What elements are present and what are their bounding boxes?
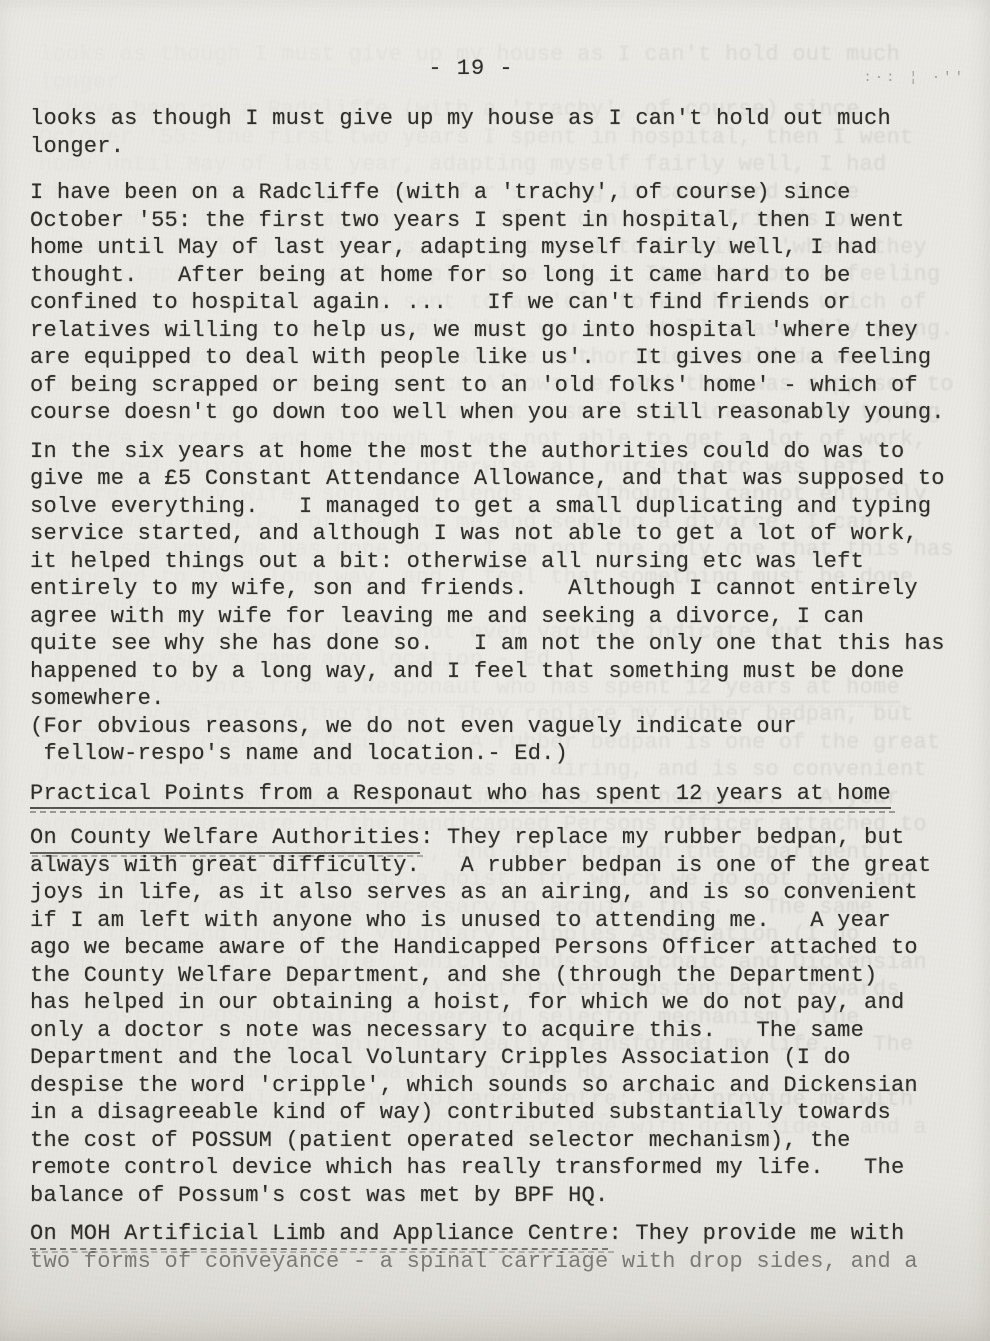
text-line: (For obvious reasons, we do not even vag… (30, 713, 964, 741)
text-line: only a doctor s note was necessary to ac… (30, 1017, 964, 1045)
text-segment: somewhere. (30, 686, 165, 711)
text-line: the County Welfare Department, and she (… (30, 962, 964, 990)
text-segment: : They provide me with (608, 1221, 904, 1246)
page-content: - 19 - looks as though I must give up my… (30, 55, 964, 1275)
text-line: fellow-respo's name and location.- Ed.) (30, 740, 964, 768)
text-line: In the six years at home the most the au… (30, 438, 964, 466)
text-line: remote control device which has really t… (30, 1154, 964, 1182)
text-line: balance of Possum's cost was met by BPF … (30, 1182, 964, 1210)
text-segment: thought. After being at home for so long… (30, 263, 851, 288)
text-segment: (For obvious reasons, we do not even vag… (30, 714, 797, 739)
text-segment: relatives willing to help us, we must go… (30, 318, 918, 343)
text-segment: balance of Possum's cost was met by BPF … (30, 1183, 608, 1208)
text-segment: October '55: the first two years I spent… (30, 208, 904, 233)
text-segment: the cost of POSSUM (patient operated sel… (30, 1128, 851, 1153)
text-line: despise the word 'cripple', which sounds… (30, 1072, 964, 1100)
text-segment: : They replace my rubber bedpan, but (420, 825, 904, 850)
text-segment: entirely to my wife, son and friends. Al… (30, 576, 918, 601)
text-segment: only a doctor s note was necessary to ac… (30, 1018, 864, 1043)
text-segment: despise the word 'cripple', which sounds… (30, 1073, 918, 1098)
text-line: ago we became aware of the Handicapped P… (30, 934, 964, 962)
text-line: two forms of conveyance - a spinal carri… (30, 1248, 964, 1276)
text-segment: of being scrapped or being sent to an 'o… (30, 373, 918, 398)
text-segment: solve everything. I managed to get a sma… (30, 494, 931, 519)
text-line: has helped in our obtaining a hoist, for… (30, 989, 964, 1017)
para-allowance: In the six years at home the most the au… (30, 438, 964, 768)
text-line: service started, and although I was not … (30, 520, 964, 548)
text-segment: joys in life, as it also serves as an ai… (30, 880, 918, 905)
text-segment: agree with my wife for leaving me and se… (30, 604, 864, 629)
text-line: it helped things out a bit: otherwise al… (30, 548, 964, 576)
text-segment: give me a £5 Constant Attendance Allowan… (30, 466, 945, 491)
text-line: looks as though I must give up my house … (30, 105, 964, 133)
para-house: looks as though I must give up my house … (30, 105, 964, 160)
text-line: Department and the local Voluntary Cripp… (30, 1044, 964, 1072)
text-line: solve everything. I managed to get a sma… (30, 493, 964, 521)
text-line: relatives willing to help us, we must go… (30, 317, 964, 345)
text-segment: I have been on a Radcliffe (with a 'trac… (30, 180, 851, 205)
text-segment: two forms of conveyance - a spinal carri… (30, 1249, 918, 1274)
text-segment: in a disagreeable kind of way) contribut… (30, 1100, 891, 1125)
text-line: give me a £5 Constant Attendance Allowan… (30, 465, 964, 493)
text-segment: remote control device which has really t… (30, 1155, 904, 1180)
text-line: Practical Points from a Responaut who ha… (30, 780, 964, 808)
text-line: joys in life, as it also serves as an ai… (30, 879, 964, 907)
text-line: if I am left with anyone who is unused t… (30, 907, 964, 935)
underlined-text: On County Welfare Authorities (30, 824, 420, 854)
text-segment: course doesn't go down too well when you… (30, 400, 945, 425)
para-radcliffe: I have been on a Radcliffe (with a 'trac… (30, 179, 964, 427)
text-line: are equipped to deal with people like us… (30, 344, 964, 372)
text-line: the cost of POSSUM (patient operated sel… (30, 1127, 964, 1155)
text-line: longer. (30, 133, 964, 161)
text-line: October '55: the first two years I spent… (30, 207, 964, 235)
text-segment: quite see why she has done so. I am not … (30, 631, 945, 656)
text-line: course doesn't go down too well when you… (30, 399, 964, 427)
text-line: quite see why she has done so. I am not … (30, 630, 964, 658)
text-segment: looks as though I must give up my house … (30, 106, 891, 131)
text-segment: it helped things out a bit: otherwise al… (30, 549, 864, 574)
text-line: On County Welfare Authorities: They repl… (30, 824, 964, 852)
text-segment: Department and the local Voluntary Cripp… (30, 1045, 851, 1070)
text-line: thought. After being at home for so long… (30, 262, 964, 290)
text-segment: are equipped to deal with people like us… (30, 345, 931, 370)
para-moh-centre: On MOH Artificial Limb and Appliance Cen… (30, 1220, 964, 1275)
text-line: home until May of last year, adapting my… (30, 234, 964, 262)
underlined-text: On MOH Artificial Limb and Appliance Cen… (30, 1220, 608, 1250)
text-segment: confined to hospital again. ... If we ca… (30, 290, 851, 315)
text-segment: fellow-respo's name and location.- Ed.) (30, 741, 568, 766)
text-line: On MOH Artificial Limb and Appliance Cen… (30, 1220, 964, 1248)
text-line: of being scrapped or being sent to an 'o… (30, 372, 964, 400)
document-body: looks as though I must give up my house … (30, 105, 964, 1275)
text-segment: happened to by a long way, and I feel th… (30, 659, 904, 684)
text-line: agree with my wife for leaving me and se… (30, 603, 964, 631)
text-segment: In the six years at home the most the au… (30, 439, 904, 464)
text-segment: home until May of last year, adapting my… (30, 235, 878, 260)
para-county-welfare: On County Welfare Authorities: They repl… (30, 824, 964, 1209)
page-number: - 19 - (4, 55, 938, 83)
text-line: entirely to my wife, son and friends. Al… (30, 575, 964, 603)
text-segment: service started, and although I was not … (30, 521, 918, 546)
text-line: I have been on a Radcliffe (with a 'trac… (30, 179, 964, 207)
text-segment: the County Welfare Department, and she (… (30, 963, 878, 988)
text-segment: ago we became aware of the Handicapped P… (30, 935, 918, 960)
text-segment: if I am left with anyone who is unused t… (30, 908, 891, 933)
scanned-page: looks as though I must give up my house … (0, 0, 990, 1341)
text-line: confined to hospital again. ... If we ca… (30, 289, 964, 317)
underlined-text: Practical Points from a Responaut who ha… (30, 780, 891, 810)
text-line: in a disagreeable kind of way) contribut… (30, 1099, 964, 1127)
text-line: somewhere. (30, 685, 964, 713)
text-line: happened to by a long way, and I feel th… (30, 658, 964, 686)
heading-practical-points: Practical Points from a Responaut who ha… (30, 780, 964, 808)
text-segment: has helped in our obtaining a hoist, for… (30, 990, 904, 1015)
text-segment: longer. (30, 134, 124, 159)
